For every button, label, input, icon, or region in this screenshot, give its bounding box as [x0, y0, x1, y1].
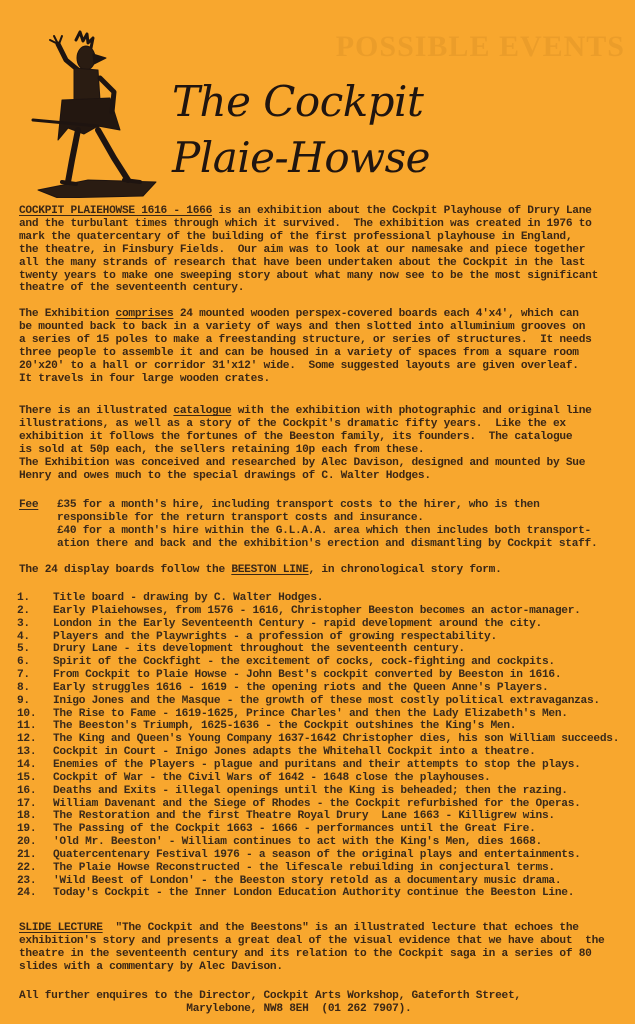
list-item: 22.The Plaie Howse Reconstructed - the l… — [17, 862, 635, 875]
list-item-text: The Rise to Fame - 1619-1625, Prince Cha… — [53, 708, 568, 721]
catalogue-paragraph: There is an illustrated catalogue with t… — [19, 405, 629, 482]
list-item-text: Early struggles 1616 - 1619 - the openin… — [53, 682, 548, 695]
contact-block: All further enquires to the Director, Co… — [19, 990, 629, 1016]
list-item: 6.Spirit of the Cockfight - the exciteme… — [17, 656, 635, 669]
intro-line-1: is an exhibition about the Cockpit Playh… — [212, 205, 592, 217]
catalogue-key: catalogue — [173, 405, 231, 417]
list-item-text: Cockpit in Court - Inigo Jones adapts th… — [53, 746, 536, 759]
list-item-number: 17. — [17, 798, 53, 811]
slide-lecture-body: exhibition's story and presents a great … — [19, 935, 604, 973]
list-item-number: 5. — [17, 643, 53, 656]
list-item: 3.London in the Early Seventeenth Centur… — [17, 618, 635, 631]
slide-lecture-line-1: "The Cockpit and the Beestons" is an ill… — [103, 922, 579, 934]
list-item-text: Players and the Playwrights - a professi… — [53, 631, 497, 644]
list-item-text: Title board - drawing by C. Walter Hodge… — [53, 592, 323, 605]
list-item-text: Cockpit of War - the Civil Wars of 1642 … — [53, 772, 490, 785]
list-item-number: 13. — [17, 746, 53, 759]
list-item-number: 21. — [17, 849, 53, 862]
list-item-text: Deaths and Exits - illegal openings unti… — [53, 785, 568, 798]
list-item-number: 19. — [17, 823, 53, 836]
list-item-number: 22. — [17, 862, 53, 875]
list-item-number: 8. — [17, 682, 53, 695]
list-item-text: The King and Queen's Young Company 1637-… — [53, 733, 619, 746]
page-title: The Cockpit Plaie-Howse — [172, 74, 430, 186]
catalogue-body: illustrations, as well as a story of the… — [19, 418, 585, 482]
list-item-number: 12. — [17, 733, 53, 746]
list-item-number: 3. — [17, 618, 53, 631]
list-item: 4.Players and the Playwrights - a profes… — [17, 631, 635, 644]
list-item: 5.Drury Lane - its development throughou… — [17, 643, 635, 656]
contact-line-2: Marylebone, NW8 8EH (01 262 7907). — [19, 1003, 411, 1015]
boards-intro-pre: The 24 display boards follow the — [19, 564, 231, 576]
list-item-text: 'Old Mr. Beeston' - William continues to… — [53, 836, 542, 849]
list-item-number: 6. — [17, 656, 53, 669]
list-item-number: 4. — [17, 631, 53, 644]
header: The Cockpit Plaie-Howse — [20, 30, 620, 200]
fee-text: £35 for a month's hire, including transp… — [57, 499, 597, 551]
list-item-text: Quatercentenary Festival 1976 - a season… — [53, 849, 581, 862]
list-item-number: 14. — [17, 759, 53, 772]
list-item-text: The Restoration and the first Theatre Ro… — [53, 810, 555, 823]
list-item-number: 23. — [17, 875, 53, 888]
list-item: 8.Early struggles 1616 - 1619 - the open… — [17, 682, 635, 695]
list-item-number: 7. — [17, 669, 53, 682]
exhibition-key: comprises — [116, 308, 174, 320]
intro-lead: COCKPIT PLAIEHOWSE 1616 - 1666 — [19, 205, 212, 217]
list-item: 24.Today's Cockpit - the Inner London Ed… — [17, 887, 635, 900]
intro-body: and the turbulant times through which it… — [19, 218, 598, 295]
list-item-text: Spirit of the Cockfight - the excitement… — [53, 656, 555, 669]
fee-label: Fee — [19, 499, 38, 511]
list-item-text: Drury Lane - its development throughout … — [53, 643, 465, 656]
list-item: 2.Early Plaiehowses, from 1576 - 1616, C… — [17, 605, 635, 618]
title-line-1: The Cockpit — [172, 74, 430, 130]
list-item: 16.Deaths and Exits - illegal openings u… — [17, 785, 635, 798]
list-item-text: The Beeston's Triumph, 1625-1636 - the C… — [53, 720, 516, 733]
list-item: 10.The Rise to Fame - 1619-1625, Prince … — [17, 708, 635, 721]
list-item: 7.From Cockpit to Plaie Howse - John Bes… — [17, 669, 635, 682]
list-item-text: The Plaie Howse Reconstructed - the life… — [53, 862, 555, 875]
list-item-number: 9. — [17, 695, 53, 708]
list-item-number: 18. — [17, 810, 53, 823]
title-line-2: Plaie-Howse — [172, 130, 430, 186]
list-item-number: 24. — [17, 887, 53, 900]
list-item: 13.Cockpit in Court - Inigo Jones adapts… — [17, 746, 635, 759]
list-item-text: London in the Early Seventeenth Century … — [53, 618, 542, 631]
list-item-text: Inigo Jones and the Masque - the growth … — [53, 695, 600, 708]
list-item: 9.Inigo Jones and the Masque - the growt… — [17, 695, 635, 708]
list-item: 14.Enemies of the Players - plague and p… — [17, 759, 635, 772]
list-item: 20.'Old Mr. Beeston' - William continues… — [17, 836, 635, 849]
list-item: 23.'Wild Beest of London' - the Beeston … — [17, 875, 635, 888]
list-item-text: From Cockpit to Plaie Howse - John Best'… — [53, 669, 561, 682]
list-item-number: 15. — [17, 772, 53, 785]
contact-line-1: All further enquires to the Director, Co… — [19, 990, 521, 1002]
list-item-number: 2. — [17, 605, 53, 618]
intro-paragraph: COCKPIT PLAIEHOWSE 1616 - 1666 is an exh… — [19, 205, 629, 295]
list-item: 17.William Davenant and the Siege of Rho… — [17, 798, 635, 811]
beeston-line-key: BEESTON LINE — [231, 564, 308, 576]
list-item: 1.Title board - drawing by C. Walter Hod… — [17, 592, 635, 605]
cockerel-actor-illustration-icon — [28, 30, 163, 198]
list-item-number: 1. — [17, 592, 53, 605]
list-item: 12.The King and Queen's Young Company 16… — [17, 733, 635, 746]
boards-intro: The 24 display boards follow the BEESTON… — [19, 564, 629, 577]
catalogue-pre: There is an illustrated — [19, 405, 173, 417]
exhibition-paragraph: The Exhibition comprises 24 mounted wood… — [19, 308, 629, 385]
leaflet-page: POSSIBLE EVENTS — [0, 0, 635, 1024]
list-item-number: 11. — [17, 720, 53, 733]
exhibition-line-1: 24 mounted wooden perspex-covered boards… — [173, 308, 578, 320]
list-item-text: William Davenant and the Siege of Rhodes… — [53, 798, 581, 811]
slide-lecture-paragraph: SLIDE LECTURE "The Cockpit and the Beest… — [19, 922, 629, 974]
catalogue-line-1: with the exhibition with photographic an… — [231, 405, 591, 417]
exhibition-body: be mounted back to back in a variety of … — [19, 321, 592, 385]
list-item: 15.Cockpit of War - the Civil Wars of 16… — [17, 772, 635, 785]
list-item: 19.The Passing of the Cockpit 1663 - 166… — [17, 823, 635, 836]
list-item-text: Today's Cockpit - the Inner London Educa… — [53, 887, 574, 900]
list-item-text: Enemies of the Players - plague and puri… — [53, 759, 581, 772]
exhibition-pre: The Exhibition — [19, 308, 116, 320]
list-item: 18.The Restoration and the first Theatre… — [17, 810, 635, 823]
boards-intro-post: , in chronological story form. — [309, 564, 502, 576]
list-item-text: 'Wild Beest of London' - the Beeston sto… — [53, 875, 561, 888]
slide-lecture-key: SLIDE LECTURE — [19, 922, 103, 934]
list-item-text: The Passing of the Cockpit 1663 - 1666 -… — [53, 823, 536, 836]
list-item-number: 20. — [17, 836, 53, 849]
list-item-number: 10. — [17, 708, 53, 721]
list-item: 11.The Beeston's Triumph, 1625-1636 - th… — [17, 720, 635, 733]
list-item: 21.Quatercentenary Festival 1976 - a sea… — [17, 849, 635, 862]
list-item-number: 16. — [17, 785, 53, 798]
boards-list: 1.Title board - drawing by C. Walter Hod… — [17, 592, 635, 900]
list-item-text: Early Plaiehowses, from 1576 - 1616, Chr… — [53, 605, 581, 618]
